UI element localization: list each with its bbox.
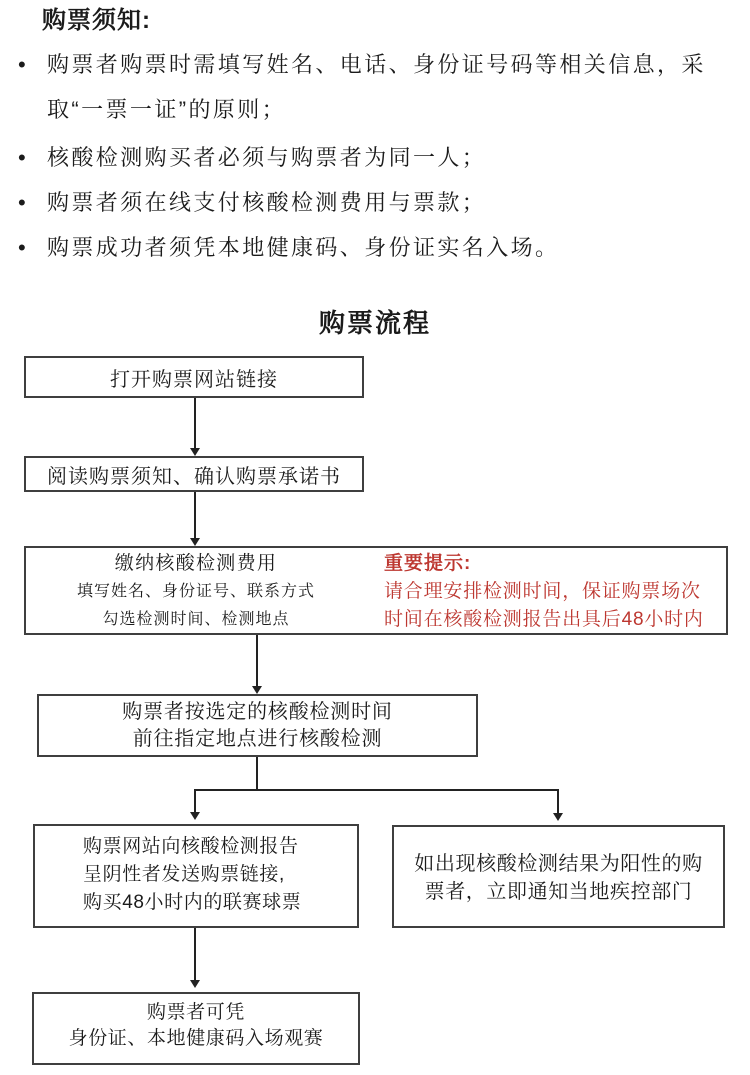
negative-result-line3: 购买48小时内的联赛球票 <box>83 889 357 917</box>
entry-line1: 购票者可凭 <box>34 1000 358 1026</box>
notice-title: 购票须知: <box>42 6 151 36</box>
flow-node-negative-result: 购票网站向核酸检测报告 呈阴性者发送购票链接, 购买48小时内的联赛球票 <box>33 824 359 928</box>
connector-branch-horizontal <box>194 789 559 791</box>
arrow-down-icon <box>190 538 200 546</box>
bullet-dot-icon: • <box>18 42 47 87</box>
attend-test-line1: 购票者按选定的核酸检测时间 <box>39 699 476 726</box>
flow-node-positive-result: 如出现核酸检测结果为阳性的购 票者，立即通知当地疾控部门 <box>392 825 725 928</box>
flow-node-read-notice-label: 阅读购票须知、确认购票承诺书 <box>47 460 341 489</box>
pay-test-text: 缴纳核酸检测费用 填写姓名、身份证号、联系方式 勾选检测时间、检测地点 <box>26 549 366 634</box>
notice-bullet-item: • 购票者须在线支付核酸检测费用与票款； <box>18 180 719 225</box>
pay-test-line1: 缴纳核酸检测费用 <box>26 549 366 578</box>
negative-result-line1: 购票网站向核酸检测报告 <box>83 833 357 861</box>
notice-bullet-item: • 购票者购票时需填写姓名、电话、身份证号码等相关信息，采取“一票一证”的原则； <box>18 42 719 132</box>
flow-node-open-site: 打开购票网站链接 <box>24 356 364 398</box>
positive-result-line2: 票者，立即通知当地疾控部门 <box>394 878 723 906</box>
attend-test-line2: 前往指定地点进行核酸检测 <box>39 726 476 753</box>
connector-open-to-read <box>194 398 196 448</box>
notice-bullet-item: • 核酸检测购买者必须与购票者为同一人； <box>18 135 719 180</box>
arrow-down-icon <box>553 813 563 821</box>
arrow-down-icon <box>190 448 200 456</box>
pay-test-line3: 勾选检测时间、检测地点 <box>26 606 366 634</box>
notice-bullet-item: • 购票成功者须凭本地健康码、身份证实名入场。 <box>18 225 719 270</box>
flow-node-attend-test: 购票者按选定的核酸检测时间 前往指定地点进行核酸检测 <box>37 694 478 757</box>
flow-node-pay-test: 缴纳核酸检测费用 填写姓名、身份证号、联系方式 勾选检测时间、检测地点 重要提示… <box>24 546 728 635</box>
notice-bullet-text: 购票者须在线支付核酸检测费用与票款； <box>47 180 719 225</box>
warning-line2: 时间在核酸检测报告出具后48小时内 <box>384 606 704 634</box>
warning-line1: 请合理安排检测时间，保证购票场次 <box>384 578 704 606</box>
entry-line2: 身份证、本地健康码入场观赛 <box>34 1026 358 1052</box>
bullet-dot-icon: • <box>18 180 47 225</box>
arrow-down-icon <box>252 686 262 694</box>
flow-node-read-notice: 阅读购票须知、确认购票承诺书 <box>24 456 364 492</box>
positive-result-line1: 如出现核酸检测结果为阳性的购 <box>394 850 723 878</box>
connector-negative-to-entry <box>194 928 196 980</box>
warning-title: 重要提示: <box>384 549 704 578</box>
notice-bullet-text: 购票成功者须凭本地健康码、身份证实名入场。 <box>47 225 719 270</box>
bullet-dot-icon: • <box>18 225 47 270</box>
notice-bullet-text: 核酸检测购买者必须与购票者为同一人； <box>47 135 719 180</box>
pay-test-line2: 填写姓名、身份证号、联系方式 <box>26 578 366 606</box>
arrow-down-icon <box>190 980 200 988</box>
negative-result-line2: 呈阴性者发送购票链接, <box>83 861 357 889</box>
connector-read-to-pay <box>194 492 196 538</box>
notice-bullet-text: 购票者购票时需填写姓名、电话、身份证号码等相关信息，采取“一票一证”的原则； <box>47 42 719 132</box>
connector-branch-left <box>194 789 196 812</box>
important-warning: 重要提示: 请合理安排检测时间，保证购票场次 时间在核酸检测报告出具后48小时内 <box>384 549 704 634</box>
flow-node-open-site-label: 打开购票网站链接 <box>110 363 278 392</box>
arrow-down-icon <box>190 812 200 820</box>
bullet-dot-icon: • <box>18 135 47 180</box>
connector-pay-to-attend <box>256 635 258 686</box>
connector-branch-right <box>557 789 559 813</box>
connector-branch-stem <box>256 757 258 791</box>
flow-node-entry: 购票者可凭 身份证、本地健康码入场观赛 <box>32 992 360 1065</box>
flowchart-title: 购票流程 <box>0 308 750 338</box>
document-page: 购票须知: • 购票者购票时需填写姓名、电话、身份证号码等相关信息，采取“一票一… <box>0 0 750 1075</box>
